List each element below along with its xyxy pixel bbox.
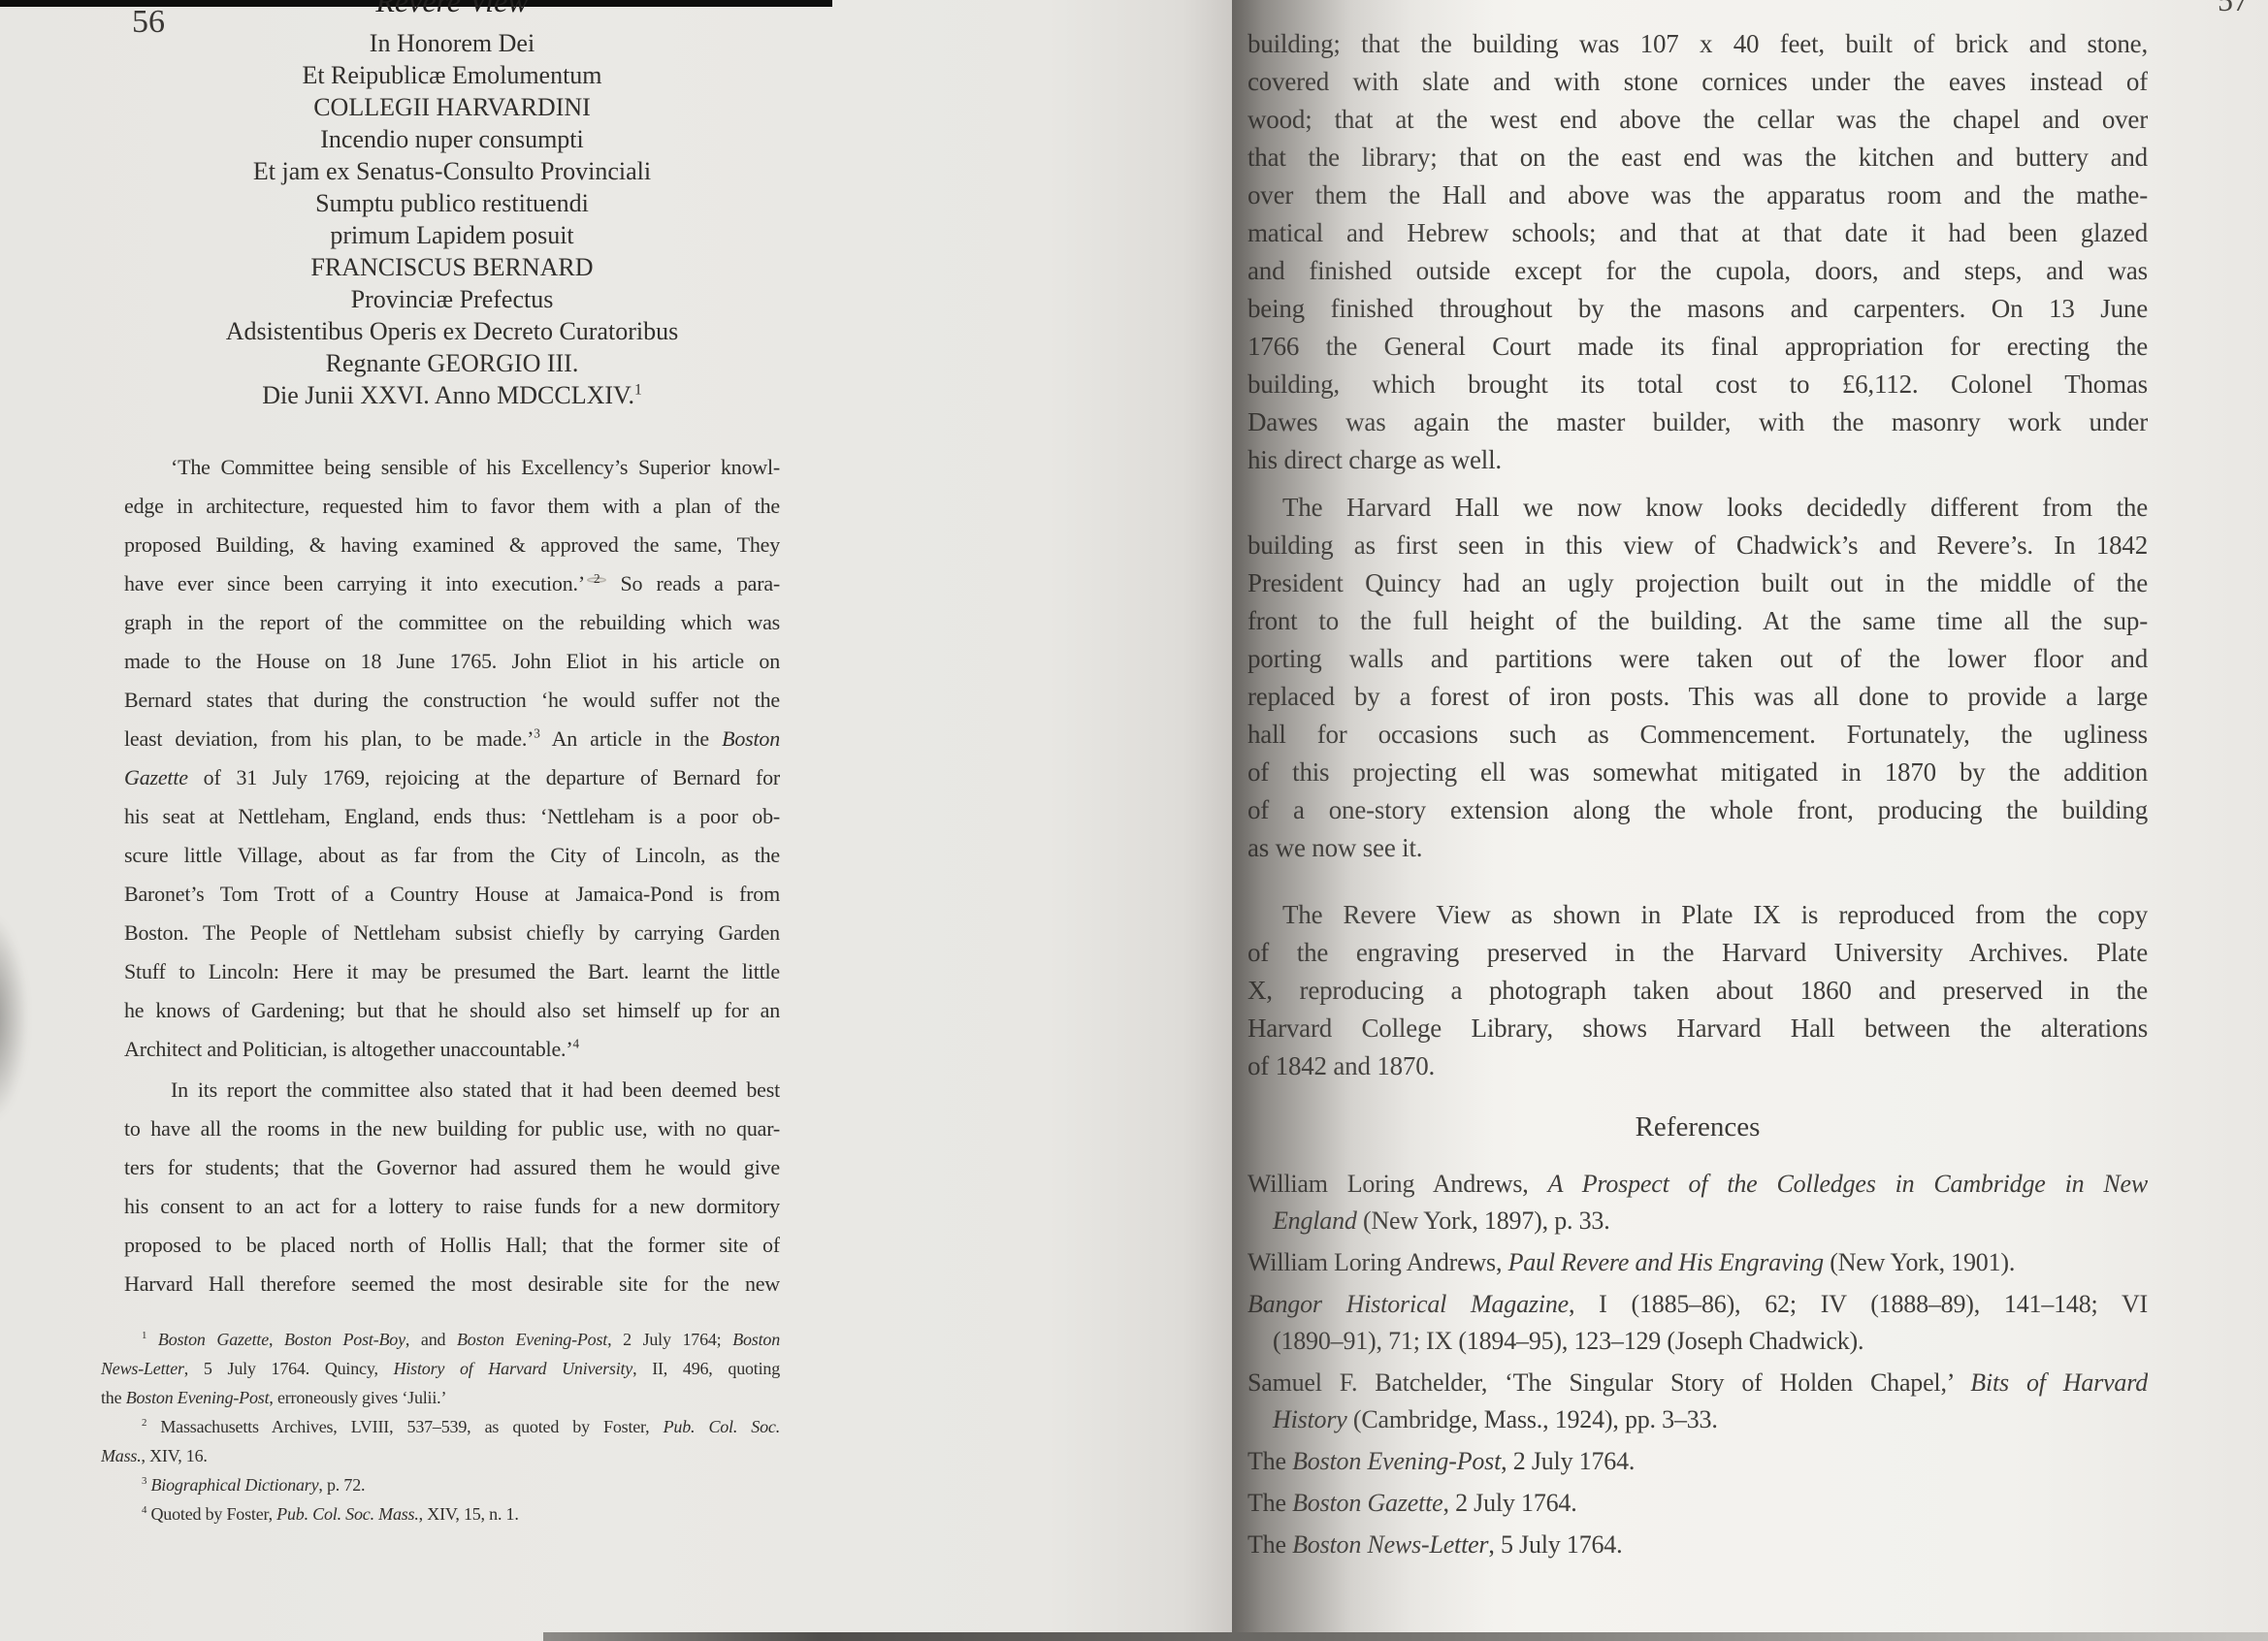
footnote: 2 Massachusetts Archives, LVIII, 537–539… bbox=[101, 1412, 780, 1470]
text-line: 3 Biographical Dictionary, p. 72. bbox=[101, 1470, 780, 1499]
text-line: front to the full height of the building… bbox=[1247, 602, 2148, 640]
text-line: of a one-story extension along the whole… bbox=[1247, 791, 2148, 829]
text-line: Provinciæ Prefectus bbox=[124, 283, 780, 315]
text-line: Harvard College Library, shows Harvard H… bbox=[1247, 1010, 2148, 1047]
text-line: Bangor Historical Magazine, I (1885–86),… bbox=[1247, 1286, 2148, 1323]
text-line: wood; that at the west end above the cel… bbox=[1247, 101, 2148, 139]
reference-entry: The Boston News-Letter, 5 July 1764. bbox=[1247, 1527, 2148, 1563]
text-line: his seat at Nettleham, England, ends thu… bbox=[124, 797, 780, 836]
text-line: Sumptu publico restituendi bbox=[124, 187, 780, 219]
text-line: The Boston Evening-Post, 2 July 1764. bbox=[1247, 1443, 2148, 1480]
committee-report-paragraph: In its report the committee also stated … bbox=[124, 1071, 780, 1303]
text-line: In its report the committee also stated … bbox=[124, 1071, 780, 1110]
harvard-hall-paragraph: The Harvard Hall we now know looks decid… bbox=[1247, 489, 2148, 867]
text-line: made to the House on 18 June 1765. John … bbox=[124, 642, 780, 681]
text-line: his consent to an act for a lottery to r… bbox=[124, 1187, 780, 1226]
text-line: 2 Massachusetts Archives, LVIII, 537–539… bbox=[101, 1412, 780, 1441]
latin-inscription: In Honorem DeiEt Reipublicæ EmolumentumC… bbox=[124, 27, 780, 411]
footnote: 1 Boston Gazette, Boston Post-Boy, and B… bbox=[101, 1325, 780, 1412]
text-line: of 1842 and 1870. bbox=[1247, 1047, 2148, 1085]
reference-entry: The Boston Evening-Post, 2 July 1764. bbox=[1247, 1443, 2148, 1480]
reference-entry: William Loring Andrews, A Prospect of th… bbox=[1247, 1166, 2148, 1239]
scan-smudge-artifact bbox=[0, 914, 27, 1122]
text-line: over them the Hall and above was the app… bbox=[1247, 177, 2148, 214]
text-line: Stuff to Lincoln: Here it may be presume… bbox=[124, 952, 780, 991]
text-line: of the engraving preserved in the Harvar… bbox=[1247, 934, 2148, 972]
text-line: FRANCISCUS BERNARD bbox=[124, 251, 780, 283]
reference-entry: Samuel F. Batchelder, ‘The Singular Stor… bbox=[1247, 1365, 2148, 1438]
text-line: William Loring Andrews, Paul Revere and … bbox=[1247, 1244, 2148, 1281]
text-line: Boston. The People of Nettleham subsist … bbox=[124, 914, 780, 952]
text-line: President Quincy had an ugly projection … bbox=[1247, 564, 2148, 602]
text-line: 4 Quoted by Foster, Pub. Col. Soc. Mass.… bbox=[101, 1499, 780, 1528]
text-line: (1890–91), 71; IX (1894–95), 123–129 (Jo… bbox=[1247, 1323, 2148, 1360]
text-line: The Boston Gazette, 2 July 1764. bbox=[1247, 1485, 2148, 1522]
footnote: 3 Biographical Dictionary, p. 72. bbox=[101, 1470, 780, 1499]
left-page: 56 Revere View In Honorem DeiEt Reipubli… bbox=[0, 0, 1232, 1641]
text-line: Mass., XIV, 16. bbox=[101, 1441, 780, 1470]
reference-entry: The Boston Gazette, 2 July 1764. bbox=[1247, 1485, 2148, 1522]
running-header: Revere View bbox=[248, 0, 656, 19]
text-line: ters for students; that the Governor had… bbox=[124, 1148, 780, 1187]
text-line: edge in architecture, requested him to f… bbox=[124, 487, 780, 526]
text-line: Et Reipublicæ Emolumentum bbox=[124, 59, 780, 91]
text-line: Die Junii XXVI. Anno MDCCLXIV.1 bbox=[124, 379, 780, 411]
book-scan: 56 Revere View In Honorem DeiEt Reipubli… bbox=[0, 0, 2268, 1641]
text-line: to have all the rooms in the new buildin… bbox=[124, 1110, 780, 1148]
text-line: William Loring Andrews, A Prospect of th… bbox=[1247, 1166, 2148, 1203]
text-line: 1766 the General Court made its final ap… bbox=[1247, 328, 2148, 366]
text-line: Incendio nuper consumpti bbox=[124, 123, 780, 155]
text-line: In Honorem Dei bbox=[124, 27, 780, 59]
text-line: being finished throughout by the masons … bbox=[1247, 290, 2148, 328]
text-line: his direct charge as well. bbox=[1247, 441, 2148, 479]
reference-entry: William Loring Andrews, Paul Revere and … bbox=[1247, 1244, 2148, 1281]
text-line: The Revere View as shown in Plate IX is … bbox=[1247, 896, 2148, 934]
text-line: building as first seen in this view of C… bbox=[1247, 527, 2148, 564]
text-line: X, reproducing a photograph taken about … bbox=[1247, 972, 2148, 1010]
text-line: Et jam ex Senatus-Consulto Provinciali bbox=[124, 155, 780, 187]
text-line: primum Lapidem posuit bbox=[124, 219, 780, 251]
text-line: Gazette of 31 July 1769, rejoicing at th… bbox=[124, 758, 780, 797]
revere-view-paragraph: The Revere View as shown in Plate IX is … bbox=[1247, 896, 2148, 1085]
footnotes: 1 Boston Gazette, Boston Post-Boy, and B… bbox=[101, 1325, 780, 1528]
text-line: The Harvard Hall we now know looks decid… bbox=[1247, 489, 2148, 527]
text-line: Baronet’s Tom Trott of a Country House a… bbox=[124, 875, 780, 914]
text-line: matical and Hebrew schools; and that at … bbox=[1247, 214, 2148, 252]
text-line: covered with slate and with stone cornic… bbox=[1247, 63, 2148, 101]
text-line: 1 Boston Gazette, Boston Post-Boy, and B… bbox=[101, 1325, 780, 1354]
text-line: Adsistentibus Operis ex Decreto Curatori… bbox=[124, 315, 780, 347]
text-line: graph in the report of the committee on … bbox=[124, 603, 780, 642]
text-line: that the library; that on the east end w… bbox=[1247, 139, 2148, 177]
right-page-number: 57 bbox=[2218, 0, 2249, 18]
text-line: scure little Village, about as far from … bbox=[124, 836, 780, 875]
text-line: have ever since been carrying it into ex… bbox=[124, 564, 780, 603]
text-line: News-Letter, 5 July 1764. Quincy, Histor… bbox=[101, 1354, 780, 1383]
text-line: Regnante GEORGIO III. bbox=[124, 347, 780, 379]
text-line: Bernard states that during the construct… bbox=[124, 681, 780, 720]
right-page: 57 building; that the building was 107 x… bbox=[1232, 0, 2268, 1641]
references-heading: References bbox=[1247, 1111, 2148, 1143]
text-line: Harvard Hall therefore seemed the most d… bbox=[124, 1265, 780, 1303]
text-line: proposed to be placed north of Hollis Ha… bbox=[124, 1226, 780, 1265]
footnote: 4 Quoted by Foster, Pub. Col. Soc. Mass.… bbox=[101, 1499, 780, 1528]
text-line: Samuel F. Batchelder, ‘The Singular Stor… bbox=[1247, 1365, 2148, 1401]
scan-bottom-edge-artifact bbox=[543, 1632, 2268, 1641]
text-line: least deviation, from his plan, to be ma… bbox=[124, 720, 780, 758]
text-line: porting walls and partitions were taken … bbox=[1247, 640, 2148, 678]
building-description-paragraph: building; that the building was 107 x 40… bbox=[1247, 25, 2148, 479]
text-line: hall for occasions such as Commencement.… bbox=[1247, 716, 2148, 754]
reference-entry: Bangor Historical Magazine, I (1885–86),… bbox=[1247, 1286, 2148, 1360]
text-line: as we now see it. bbox=[1247, 829, 2148, 867]
text-line: building, which brought its total cost t… bbox=[1247, 366, 2148, 403]
text-line: Architect and Politician, is altogether … bbox=[124, 1030, 780, 1069]
text-line: proposed Building, & having examined & a… bbox=[124, 526, 780, 564]
text-line: ‘The Committee being sensible of his Exc… bbox=[124, 448, 780, 487]
text-line: replaced by a forest of iron posts. This… bbox=[1247, 678, 2148, 716]
text-line: History (Cambridge, Mass., 1924), pp. 3–… bbox=[1247, 1401, 2148, 1438]
text-line: building; that the building was 107 x 40… bbox=[1247, 25, 2148, 63]
references-list: William Loring Andrews, A Prospect of th… bbox=[1247, 1166, 2148, 1568]
text-line: COLLEGII HARVARDINI bbox=[124, 91, 780, 123]
committee-quote-paragraph: ‘The Committee being sensible of his Exc… bbox=[124, 448, 780, 1069]
text-line: of this projecting ell was somewhat miti… bbox=[1247, 754, 2148, 791]
text-line: England (New York, 1897), p. 33. bbox=[1247, 1203, 2148, 1239]
text-line: and finished outside except for the cupo… bbox=[1247, 252, 2148, 290]
text-line: the Boston Evening-Post, erroneously giv… bbox=[101, 1383, 780, 1412]
text-line: The Boston News-Letter, 5 July 1764. bbox=[1247, 1527, 2148, 1563]
text-line: he knows of Gardening; but that he shoul… bbox=[124, 991, 780, 1030]
text-line: Dawes was again the master builder, with… bbox=[1247, 403, 2148, 441]
